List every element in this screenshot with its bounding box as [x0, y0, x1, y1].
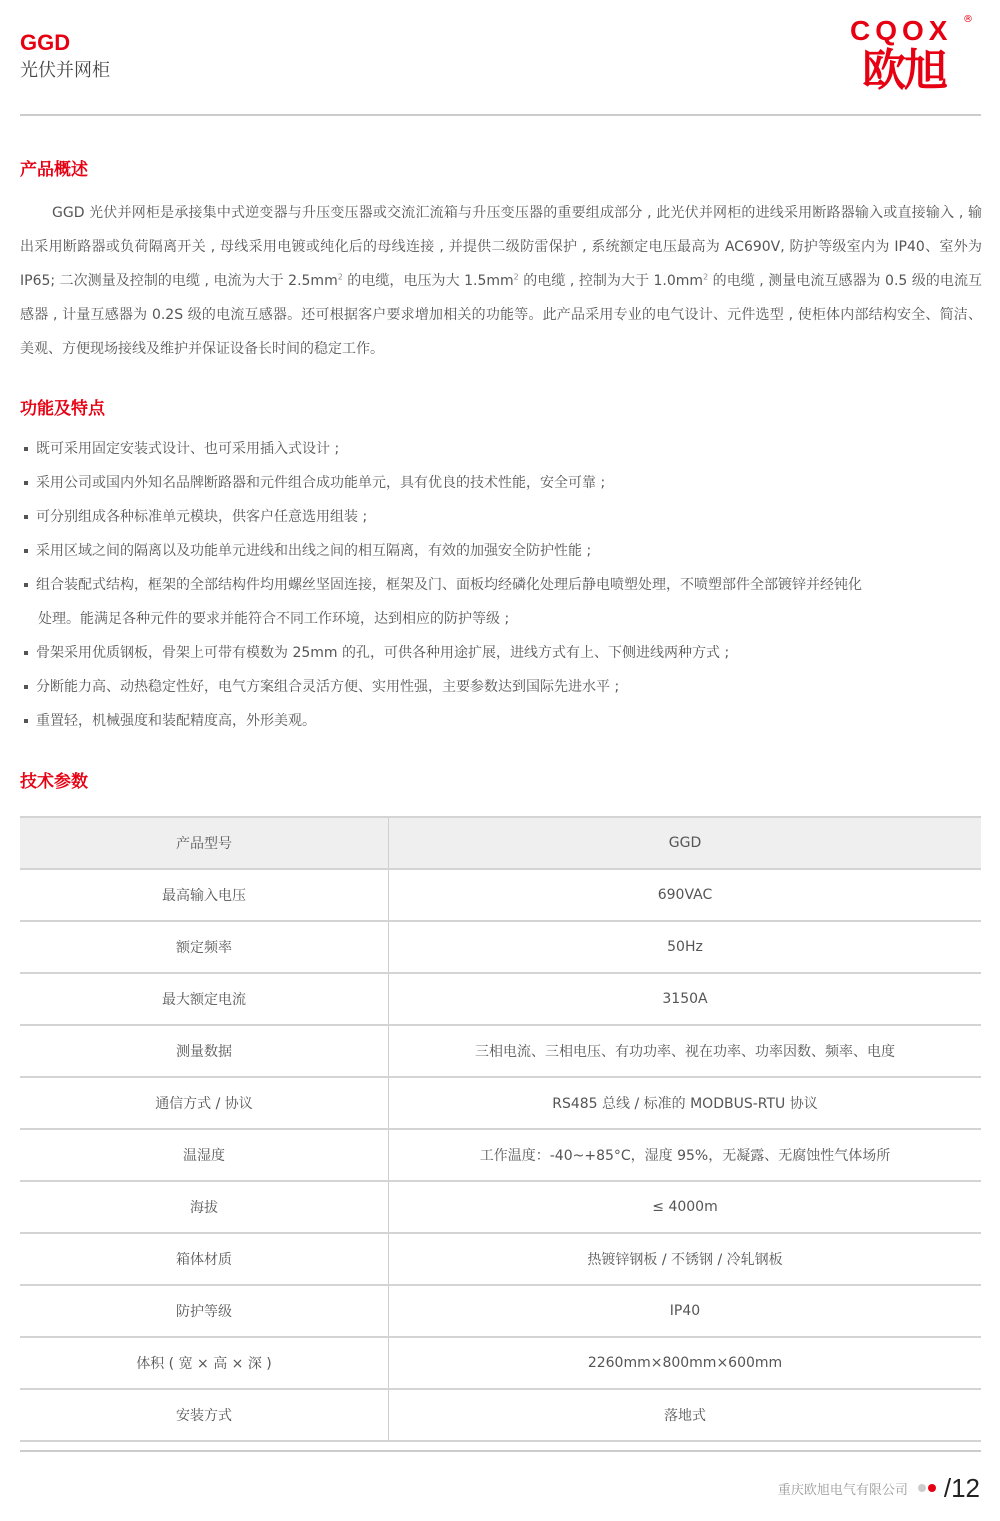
logo-text-en: CQOX	[850, 16, 952, 46]
brand-logo: CQOX ® 欧旭	[848, 12, 973, 97]
feature-item: 骨架采用优质钢板，骨架上可带有模数为 25mm 的孔，可供各种用途扩展，进线方式…	[20, 636, 985, 670]
feature-item: 可分别组成各种标准单元模块，供客户任意选用组装 ;	[20, 500, 985, 534]
table-row: 温湿度工作温度：-40~+85°C，湿度 95%，无凝露、无腐蚀性气体场所	[20, 1129, 981, 1181]
features-list: 既可采用固定安装式设计、也可采用插入式设计 ; 采用公司或国内外知名品牌断路器和…	[20, 432, 985, 738]
product-model: GGD	[20, 31, 70, 55]
header-divider	[20, 114, 981, 116]
bullet-icon	[24, 447, 28, 451]
bullet-icon	[24, 515, 28, 519]
bullet-icon	[24, 481, 28, 485]
feature-item: 分断能力高、动热稳定性好，电气方案组合灵活方便、实用性强，主要参数达到国际先进水…	[20, 670, 985, 704]
table-row: 通信方式 / 协议RS485 总线 / 标准的 MODBUS-RTU 协议	[20, 1077, 981, 1129]
table-row: 海拔≤ 4000m	[20, 1181, 981, 1233]
feature-item: 重置轻，机械强度和装配精度高，外形美观。	[20, 704, 985, 738]
table-row: 额定频率50Hz	[20, 921, 981, 973]
table-row: 产品型号GGD	[20, 817, 981, 869]
registered-mark-icon: ®	[963, 14, 973, 25]
page-number: /12	[944, 1473, 980, 1503]
overview-text: 的电缆 , 控制为大于 1.0mm	[519, 273, 703, 289]
bullet-icon	[24, 719, 28, 723]
table-row: 最大额定电流3150A	[20, 973, 981, 1025]
footer-divider	[20, 1450, 981, 1452]
bullet-icon	[24, 583, 28, 587]
feature-item: 采用公司或国内外知名品牌断路器和元件组合成功能单元，具有优良的技术性能，安全可靠…	[20, 466, 985, 500]
table-row: 测量数据三相电流、三相电压、有功功率、视在功率、功率因数、频率、电度	[20, 1025, 981, 1077]
page-footer: 重庆欧旭电气有限公司 /12	[778, 1473, 980, 1503]
overview-text: 的电缆，电压为大 1.5mm	[343, 273, 514, 289]
section-title-specs: 技术参数	[20, 771, 88, 793]
dot-icon	[928, 1484, 936, 1492]
section-title-overview: 产品概述	[20, 159, 88, 181]
bullet-icon	[24, 651, 28, 655]
table-row: 箱体材质热镀锌钢板 / 不锈钢 / 冷轧钢板	[20, 1233, 981, 1285]
table-row: 安装方式落地式	[20, 1389, 981, 1441]
specs-table: 产品型号GGD 最高输入电压690VAC 额定频率50Hz 最大额定电流3150…	[20, 816, 981, 1442]
table-row: 最高输入电压690VAC	[20, 869, 981, 921]
dot-icon	[918, 1484, 926, 1492]
table-row: 防护等级IP40	[20, 1285, 981, 1337]
company-name: 重庆欧旭电气有限公司	[778, 1479, 908, 1498]
overview-paragraph: GGD 光伏并网柜是承接集中式逆变器与升压变压器或交流汇流箱与升压变压器的重要组…	[20, 196, 982, 366]
bullet-icon	[24, 685, 28, 689]
feature-item: 采用区域之间的隔离以及功能单元进线和出线之间的相互隔离，有效的加强安全防护性能 …	[20, 534, 985, 568]
table-row: 体积 ( 宽 × 高 × 深 )2260mm×800mm×600mm	[20, 1337, 981, 1389]
bullet-icon	[24, 549, 28, 553]
section-title-features: 功能及特点	[20, 398, 105, 420]
feature-item: 组合装配式结构，框架的全部结构件均用螺丝坚固连接，框架及门、面板均经磷化处理后静…	[20, 568, 985, 636]
logo-text-cn: 欧旭	[862, 46, 946, 96]
feature-item: 既可采用固定安装式设计、也可采用插入式设计 ;	[20, 432, 985, 466]
product-subtitle: 光伏并网柜	[20, 59, 110, 83]
